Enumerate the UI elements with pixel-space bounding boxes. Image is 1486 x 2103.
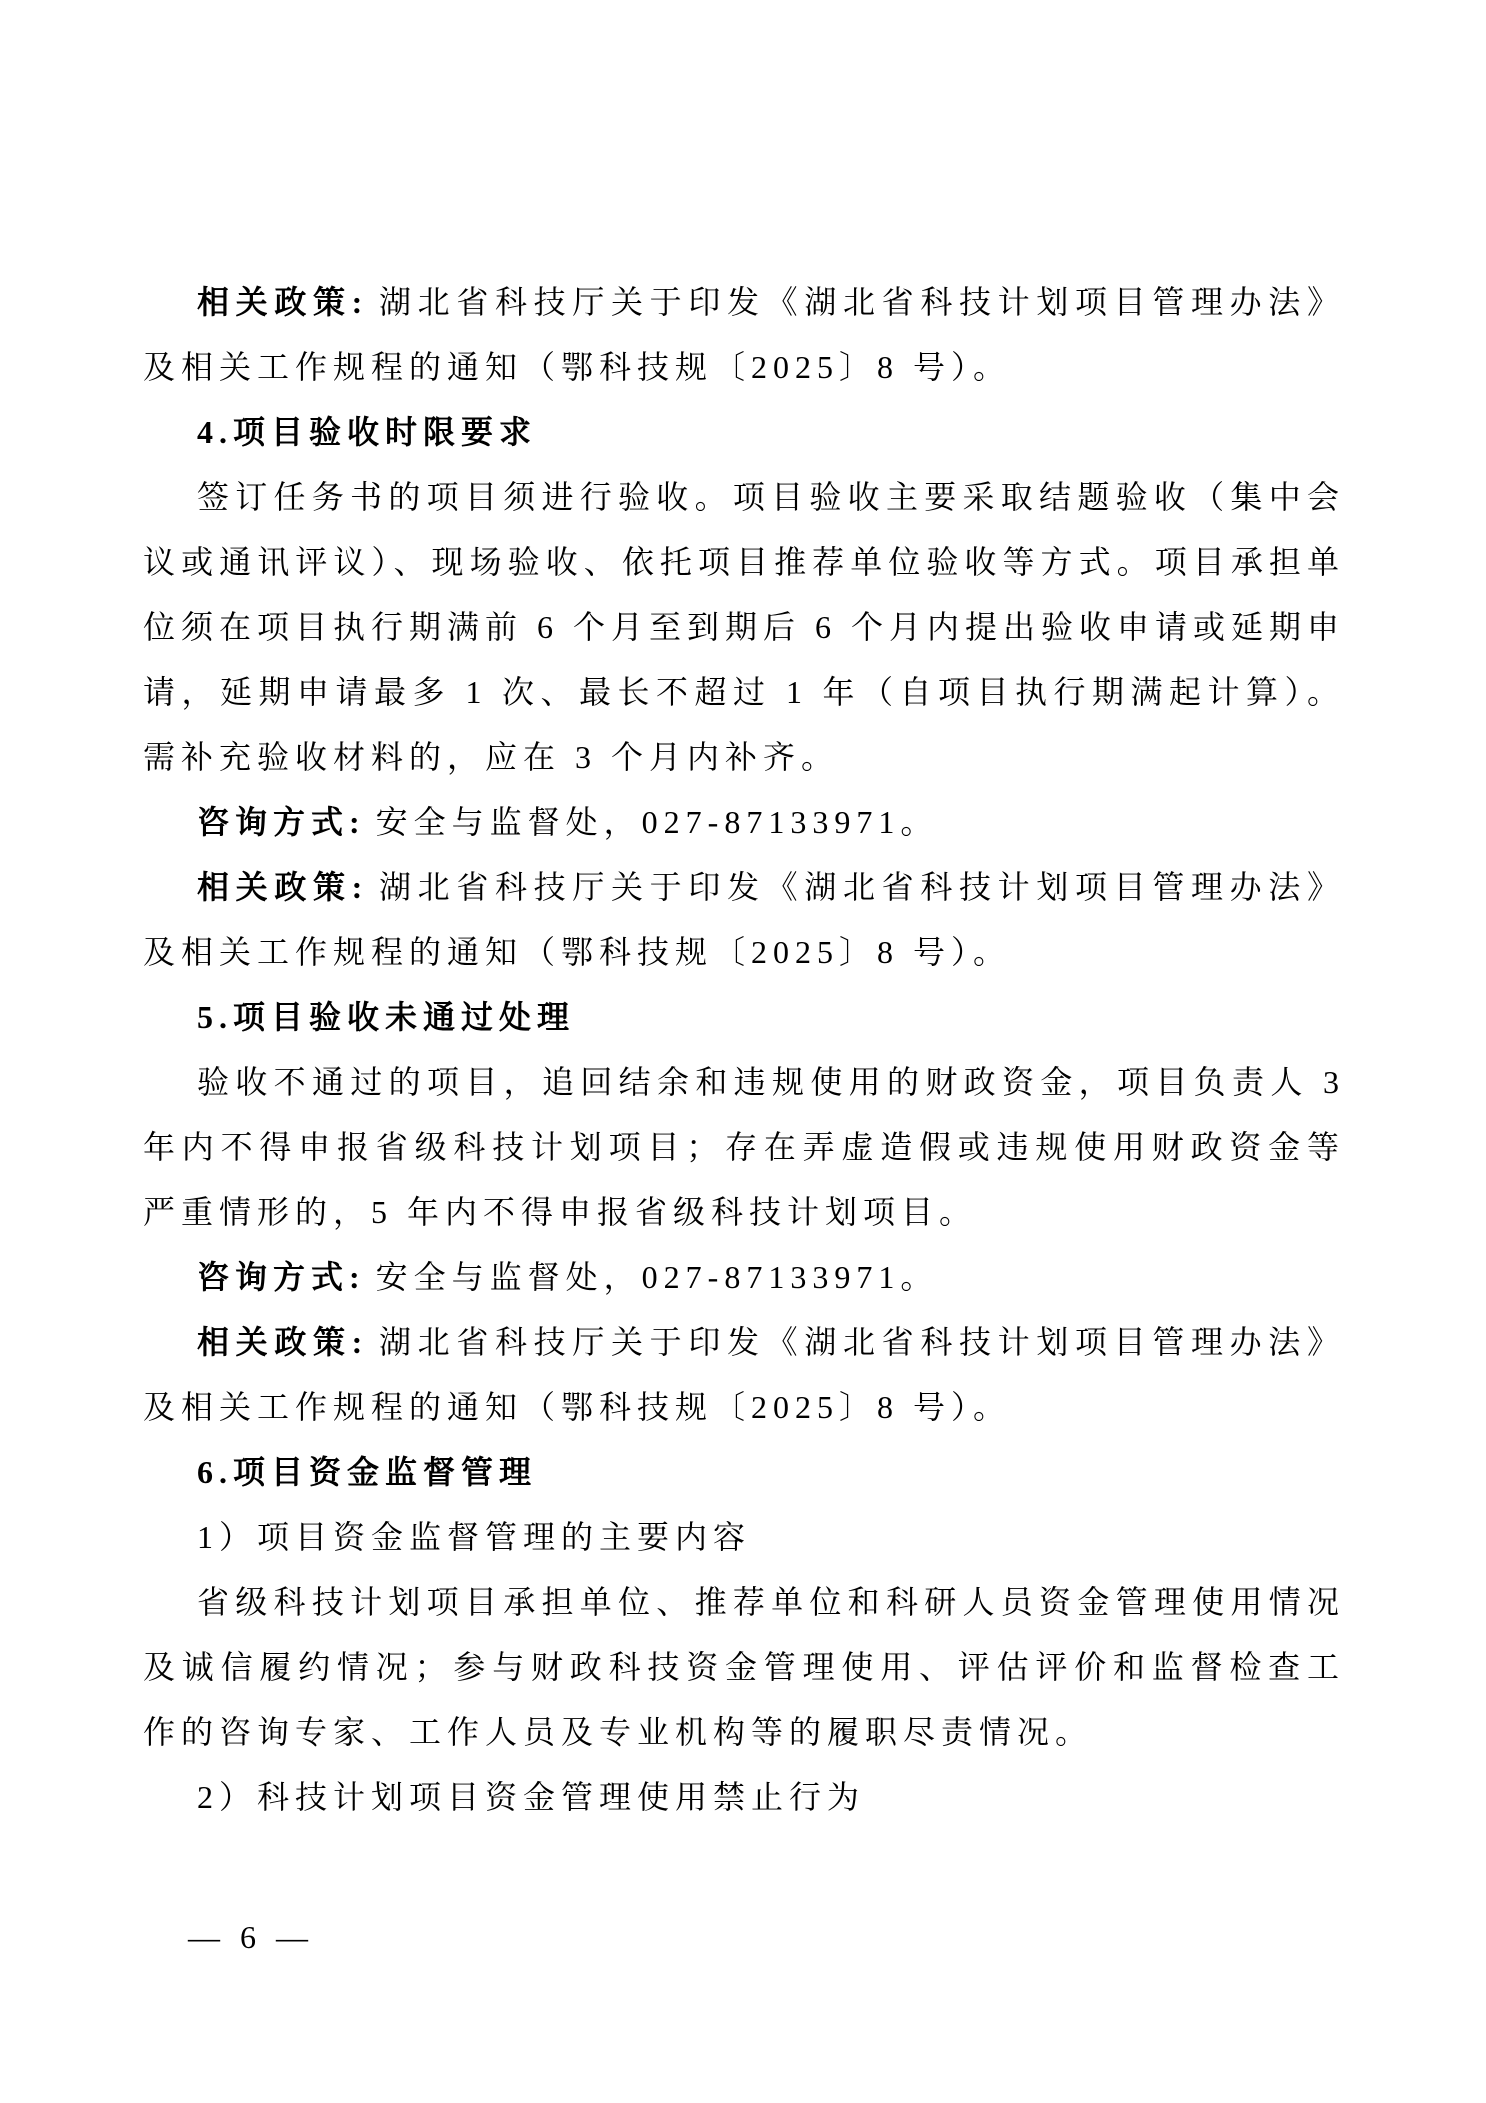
paragraph-supervision-content: 省级科技计划项目承担单位、推荐单位和科研人员资金管理使用情况及诚信履约情况；参与… xyxy=(143,1570,1345,1765)
contact-text: 安全与监督处，027-87133971。 xyxy=(376,1259,939,1295)
contact-label: 咨询方式: xyxy=(197,1259,366,1295)
related-policy-label: 相关政策: xyxy=(197,284,368,320)
document-page: 相关政策:湖北省科技厅关于印发《湖北省科技计划项目管理办法》及相关工作规程的通知… xyxy=(0,0,1486,2103)
heading-section-4: 4.项目验收时限要求 xyxy=(143,400,1345,465)
heading-section-6: 6.项目资金监督管理 xyxy=(143,1440,1345,1505)
paragraph-related-policy-1: 相关政策:湖北省科技厅关于印发《湖北省科技计划项目管理办法》及相关工作规程的通知… xyxy=(143,270,1345,400)
paragraph-failed-acceptance: 验收不通过的项目，追回结余和违规使用的财政资金，项目负责人 3 年内不得申报省级… xyxy=(143,1050,1345,1245)
related-policy-label: 相关政策: xyxy=(197,869,368,905)
paragraph-supervision-item-1: 1）项目资金监督管理的主要内容 xyxy=(143,1505,1345,1570)
paragraph-related-policy-3: 相关政策:湖北省科技厅关于印发《湖北省科技计划项目管理办法》及相关工作规程的通知… xyxy=(143,1310,1345,1440)
page-number: — 6 — xyxy=(188,1912,314,1962)
paragraph-contact-1: 咨询方式:安全与监督处，027-87133971。 xyxy=(143,790,1345,855)
related-policy-label: 相关政策: xyxy=(197,1324,368,1360)
contact-text: 安全与监督处，027-87133971。 xyxy=(376,804,939,840)
paragraph-supervision-item-2: 2）科技计划项目资金管理使用禁止行为 xyxy=(143,1765,1345,1830)
paragraph-contact-2: 咨询方式:安全与监督处，027-87133971。 xyxy=(143,1245,1345,1310)
paragraph-related-policy-2: 相关政策:湖北省科技厅关于印发《湖北省科技计划项目管理办法》及相关工作规程的通知… xyxy=(143,855,1345,985)
heading-section-5: 5.项目验收未通过处理 xyxy=(143,985,1345,1050)
contact-label: 咨询方式: xyxy=(197,804,366,840)
document-body: 相关政策:湖北省科技厅关于印发《湖北省科技计划项目管理办法》及相关工作规程的通知… xyxy=(143,270,1345,1830)
paragraph-acceptance-time-limit: 签订任务书的项目须进行验收。项目验收主要采取结题验收（集中会议或通讯评议）、现场… xyxy=(143,465,1345,790)
